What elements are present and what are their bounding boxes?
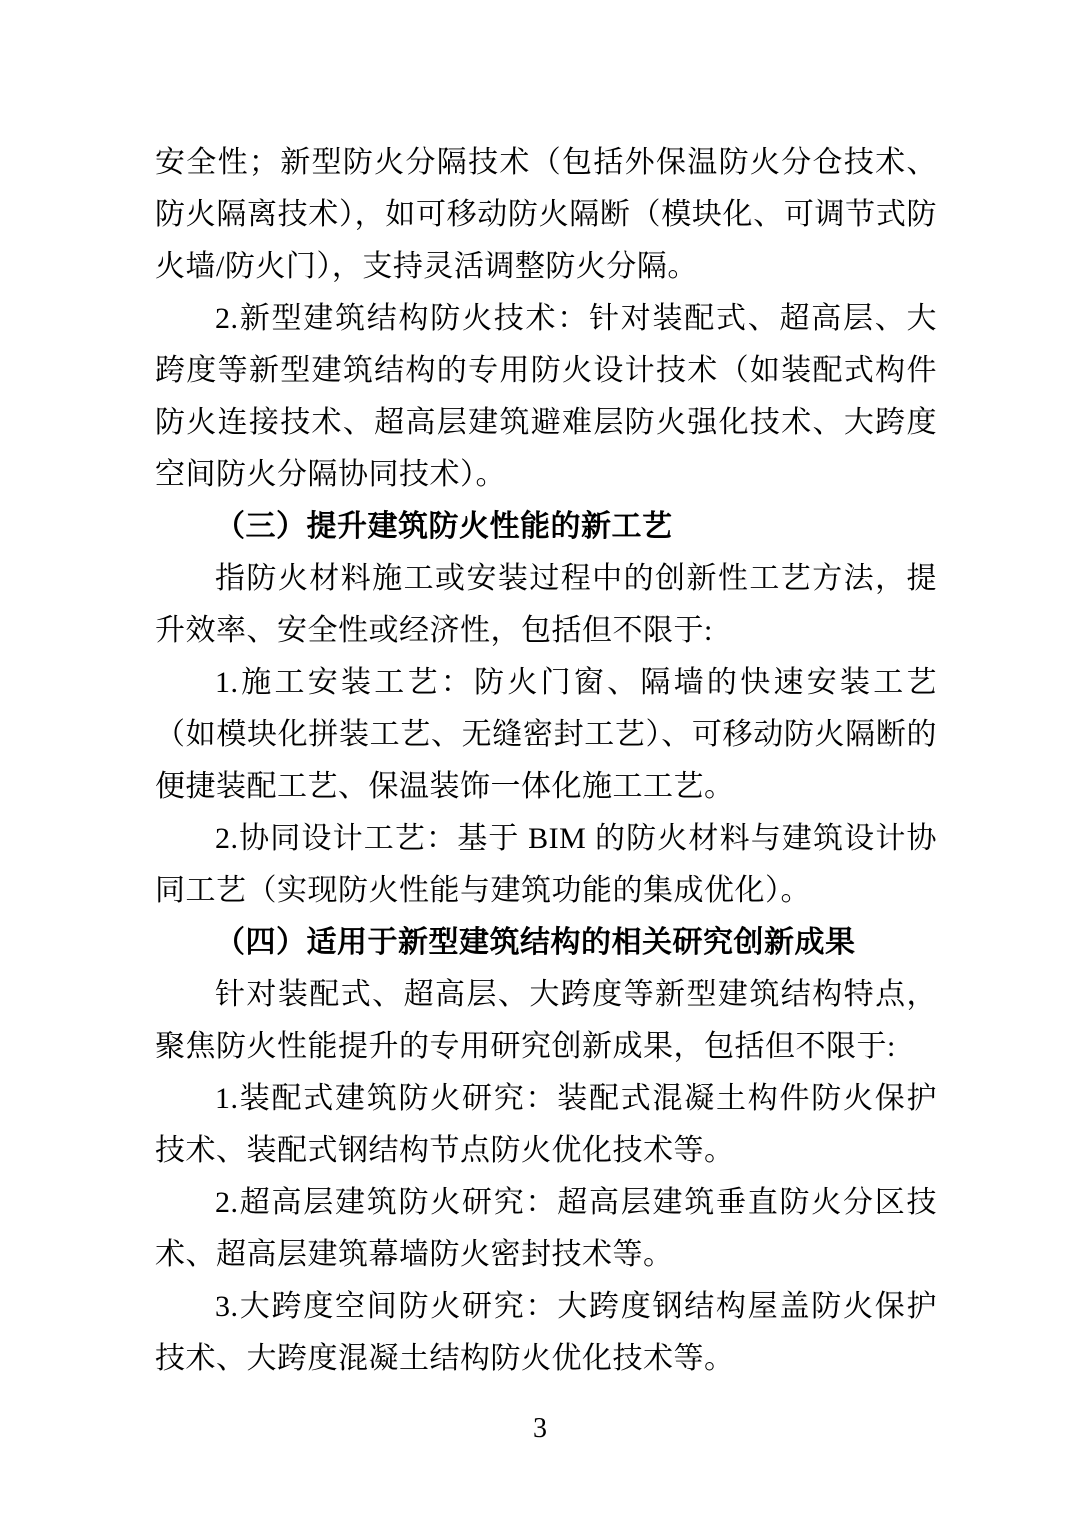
section-heading: （四）适用于新型建筑结构的相关研究创新成果	[155, 917, 937, 969]
body-paragraph: 安全性；新型防火分隔技术（包括外保温防火分仓技术、防火隔离技术），如可移动防火隔…	[155, 137, 937, 293]
body-paragraph: 2.协同设计工艺：基于 BIM 的防火材料与建筑设计协同工艺（实现防火性能与建筑…	[155, 813, 937, 917]
body-paragraph: 2.新型建筑结构防火技术：针对装配式、超高层、大跨度等新型建筑结构的专用防火设计…	[155, 293, 937, 501]
section-heading: （三）提升建筑防火性能的新工艺	[155, 501, 937, 553]
body-paragraph: 1.装配式建筑防火研究：装配式混凝土构件防火保护技术、装配式钢结构节点防火优化技…	[155, 1073, 937, 1177]
body-paragraph: 3.大跨度空间防火研究：大跨度钢结构屋盖防火保护技术、大跨度混凝土结构防火优化技…	[155, 1281, 937, 1385]
body-paragraph: 指防火材料施工或安装过程中的创新性工艺方法，提升效率、安全性或经济性，包括但不限…	[155, 553, 937, 657]
body-paragraph: 1.施工安装工艺：防火门窗、隔墙的快速安装工艺（如模块化拼装工艺、无缝密封工艺）…	[155, 657, 937, 813]
page-number: 3	[533, 1413, 547, 1444]
document-body: 安全性；新型防火分隔技术（包括外保温防火分仓技术、防火隔离技术），如可移动防火隔…	[155, 137, 937, 1385]
body-paragraph: 2.超高层建筑防火研究：超高层建筑垂直防火分区技术、超高层建筑幕墙防火密封技术等…	[155, 1177, 937, 1281]
document-page: 安全性；新型防火分隔技术（包括外保温防火分仓技术、防火隔离技术），如可移动防火隔…	[0, 0, 1080, 1527]
body-paragraph: 针对装配式、超高层、大跨度等新型建筑结构特点，聚焦防火性能提升的专用研究创新成果…	[155, 969, 937, 1073]
page-footer: 3	[0, 1408, 1080, 1450]
